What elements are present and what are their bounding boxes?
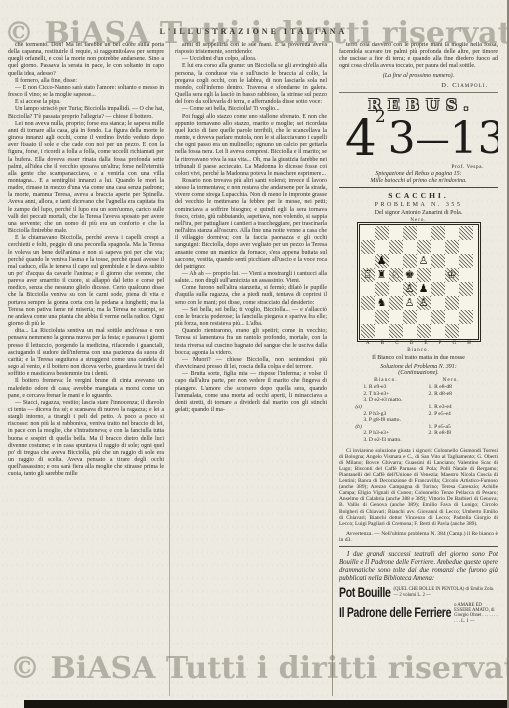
file-letter: H [467, 341, 471, 346]
board-square [403, 324, 417, 338]
paragraph: Rosario non trovava più altri santi vole… [175, 178, 327, 271]
board-square [431, 254, 445, 268]
paragraph: — Come sei bella, Bicciolla! Ti voglio..… [175, 106, 327, 113]
board-square [445, 240, 459, 254]
board-square [375, 240, 389, 254]
paragraph: terrò colà davvero con le proprie mani l… [339, 42, 498, 71]
board-square [431, 282, 445, 296]
board-square [361, 254, 375, 268]
board-square [375, 310, 389, 324]
board-square [403, 310, 417, 324]
chess-board: ♟♙♖♜♘♚♔♙♟♞♙♙ [361, 226, 477, 338]
board-square [389, 282, 403, 296]
solution-move: 2. R e8-f8 [419, 430, 484, 437]
board-square: ♟ [375, 254, 389, 268]
advertisement-block: I due grandi successi teatrali del giorn… [339, 546, 498, 625]
board-square: ♙ [403, 282, 417, 296]
board-square [445, 226, 459, 240]
board-square [417, 240, 431, 254]
board-square: ♙ [417, 254, 431, 268]
rebus-number-4: 42 [345, 112, 388, 164]
paragraph: — Stacci, ragazza, vestito; lascia stare… [8, 400, 164, 479]
board-square [361, 282, 375, 296]
board-square: ♔ [445, 268, 459, 282]
solution-move [419, 417, 484, 424]
rebus-number-3: 3 [388, 114, 416, 164]
divider [339, 92, 498, 93]
chess-board-frame: ♟♙♖♜♘♚♔♙♟♞♙♙ [359, 224, 479, 340]
paragraph: Un lampo strisciò per Turia; Bicciolla i… [8, 106, 164, 120]
paragraph: che tormento. Don! Ma lei farebbe un bel… [8, 42, 164, 78]
paragraph: dita... La Riccioluta sentiva un mal sot… [8, 328, 164, 378]
board-square [361, 310, 375, 324]
paragraph: Il fornero, alla fine, disse: [8, 78, 164, 85]
paragraph: armi di seppellirla con le sue mani. E l… [175, 42, 327, 56]
board-square [417, 324, 431, 338]
board-square [389, 310, 403, 324]
paragraph: — Brutta sorte, figlia mia — rispose l'i… [175, 371, 327, 414]
paragraph: — E non Cicco-Nanno sarà stato l'amore: … [8, 85, 164, 99]
page-columns: che tormento. Don! Ma lei farebbe un bel… [8, 42, 501, 696]
board-square [361, 324, 375, 338]
ad-detail-pot-bouille: (QUEL CHE BOLLE IN PENTOLA) di Emilio Zo… [394, 587, 498, 598]
board-square [375, 282, 389, 296]
board-square [389, 240, 403, 254]
board-square [431, 296, 445, 310]
board-square [389, 254, 403, 268]
board-square [403, 254, 417, 268]
board-square: ♘ [389, 268, 403, 282]
board-square: ♟ [417, 282, 431, 296]
solution-header-bianco: Bianco. [353, 377, 418, 385]
paragraph: E si accese la pipa. [8, 99, 164, 106]
board-square [459, 282, 473, 296]
board-square [375, 324, 389, 338]
board-square [459, 226, 473, 240]
solution-move: 2. T b3-e3+ [353, 391, 418, 398]
rebus-expression: 42 3 — 13 0 [339, 112, 498, 164]
file-letter: D [410, 341, 414, 346]
ad-intro-text: I due grandi successi teatrali del giorn… [339, 551, 498, 583]
story-end-note: (La fine al prossimo numero). [339, 73, 498, 79]
chess-section-title: SCACCHI. [339, 191, 498, 200]
file-letter: C [395, 341, 398, 346]
ad-title-padrone-ferriere: Il Padrone delle Ferriere [339, 605, 451, 621]
ad-item-pot-bouille: Pot Bouille (QUEL CHE BOLLE IN PENTOLA) … [339, 587, 498, 599]
board-square: ♙ [403, 296, 417, 310]
board-square [431, 310, 445, 324]
board-square [445, 310, 459, 324]
page-title: L'ILLUSTRAZIONE ITALIANA [0, 27, 507, 36]
board-square [445, 324, 459, 338]
file-letter: E [424, 341, 427, 346]
solution-move: (a) [353, 404, 418, 411]
board-square [417, 310, 431, 324]
solution-table: Bianco. Nero. 1. R e9-e31. R e8-d82. T b… [353, 377, 483, 444]
story-column-3-top: terrò colà davvero con le proprie mani l… [339, 42, 498, 71]
ad-item-padrone-ferriere: Il Padrone delle Ferriere o AMARE ED ESS… [339, 603, 498, 625]
file-letter: B [381, 341, 384, 346]
solution-move: 2. P e5-e4 [419, 411, 484, 418]
board-square [459, 254, 473, 268]
board-square [431, 268, 445, 282]
solution-move: 2. P h3-e3+ [353, 430, 418, 437]
solution-move: 3. D e2-f3 matto. [353, 437, 418, 444]
board-square [417, 226, 431, 240]
rebus-note-1: Spiegazione del Rebus a pagina 15: [339, 171, 498, 177]
board-square: ♖ [361, 268, 375, 282]
file-letter: F [439, 341, 442, 346]
board-square [459, 240, 473, 254]
scan-edge-bar [24, 700, 507, 708]
solution-move: 3. P g8-f8 matto. [353, 417, 418, 424]
paragraph: Poi fuggì allo stazzo come uno stallone … [175, 114, 327, 178]
chess-file-letters: ABCDEFGH [361, 341, 477, 346]
column-3: terrò colà davvero con le proprie mani l… [332, 42, 498, 696]
solution-move: 1. R e8-d8 [419, 384, 484, 391]
chess-nero-label: Nero. [339, 218, 498, 223]
board-square [417, 268, 431, 282]
board-square: ♜ [375, 268, 389, 282]
solution-move [419, 397, 484, 404]
ad-detail-padrone-ferriere: o AMARE ED ESSERE AMATO, di Giorgio Ohne… [454, 603, 498, 625]
story-author-signature: D. Ciampoli. [339, 82, 498, 89]
solution-subtitle: (Continuazione). [339, 370, 498, 376]
solvers-list: Ci inviarono soluzione giusta i signori:… [339, 448, 498, 527]
paragraph: E la chiamavano Bicciolla, perché aveva … [8, 235, 164, 328]
paragraph: E lui era corso alla grame: un Bicciolla… [175, 63, 327, 106]
story-column-2: armi di seppellirla con le sue mani. E l… [169, 42, 332, 696]
solution-move [419, 437, 484, 444]
chess-stipulation: Il Bianco col tratto matta in due mosse [339, 355, 498, 361]
file-letter: A [366, 341, 370, 346]
paragraph: Come furono nell'altra stanzetta, si fer… [175, 285, 327, 306]
board-square: ♞ [375, 296, 389, 310]
rebus-number-13: 13 [450, 114, 498, 164]
board-square [459, 268, 473, 282]
board-square: ♚ [403, 268, 417, 282]
board-square [403, 226, 417, 240]
solution-move: 1. R e9-e3 [353, 384, 418, 391]
solution-move: (b) [353, 424, 418, 431]
board-square [389, 296, 403, 310]
solution-header-nero: Nero. [419, 377, 484, 385]
paragraph: Lei non aveva nulla, proprio; forse era … [8, 121, 164, 236]
board-square [389, 324, 403, 338]
ad-title-pot-bouille: Pot Bouille [339, 584, 391, 600]
board-square [445, 296, 459, 310]
board-square [375, 226, 389, 240]
chess-problem-number: PROBLEMA N. 355 [339, 202, 498, 208]
board-square [431, 226, 445, 240]
board-square [403, 240, 417, 254]
file-letter: G [452, 341, 456, 346]
board-square [459, 310, 473, 324]
avvertenza-note: Avvertenza. — Nell'ultimo problema N. 38… [339, 531, 498, 544]
solution-move: 1. R e3-e4 [419, 404, 484, 411]
board-square [445, 282, 459, 296]
board-square [445, 254, 459, 268]
chess-problem-author: Del signor Antonio Zanarini di Pola. [339, 210, 498, 216]
chess-bianco-label: Bianco. [339, 348, 498, 353]
board-square [389, 226, 403, 240]
board-square [459, 324, 473, 338]
paragraph: — Sei bella, sei bella; ti voglio, Bicci… [175, 307, 327, 328]
rebus-dash: — [416, 116, 450, 164]
paragraph: — Ah ah — proprio lui. — Vieni a mostrar… [175, 271, 327, 285]
board-square [459, 296, 473, 310]
board-square [431, 240, 445, 254]
board-square [361, 240, 375, 254]
board-square [361, 296, 375, 310]
paragraph: — Uccidimi d'un colpo, allora. [175, 56, 327, 63]
solution-move: 3. D e2-e3 matto. [353, 397, 418, 404]
story-column-1: che tormento. Don! Ma lei farebbe un bel… [8, 42, 169, 696]
paragraph: Il bottero fremeva: le vergini brune di … [8, 378, 164, 399]
divider [339, 187, 498, 188]
board-square [361, 226, 375, 240]
solution-move: 2. R d8-e8 [419, 391, 484, 398]
board-square [431, 324, 445, 338]
rebus-note-2: Mille baiocchi al primo che m'indovina. [339, 178, 498, 184]
scanned-magazine-page: © BiASA Tutti i diritti riservati © BiAS… [0, 0, 509, 708]
board-square: ♙ [417, 296, 431, 310]
paragraph: Quando rientrarono, erano gli spettri; c… [175, 328, 327, 357]
paragraph: — Muori? — chiese Bicciolla, non sentend… [175, 357, 327, 371]
rebus-exponent: 2 [375, 107, 386, 127]
